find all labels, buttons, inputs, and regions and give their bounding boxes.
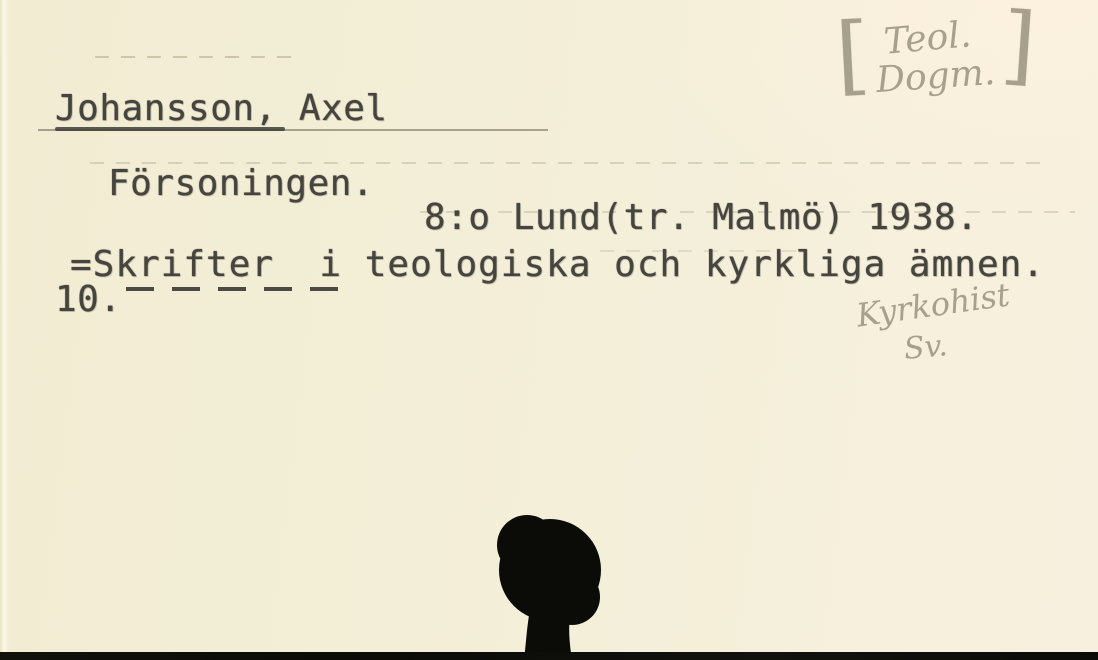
series-statement: =Skrifter i teologiska och kyrkliga ämne… — [70, 246, 1045, 284]
classification-open-bracket: [ — [834, 11, 872, 99]
series-number: 10. — [55, 281, 122, 319]
series-dashed-underline — [126, 287, 342, 291]
pencil-note-line2: Sv. — [903, 328, 949, 367]
imprint-line: 8:o Lund(tr. Malmö) 1938. — [424, 199, 978, 237]
author-heading: Johansson, Axel — [55, 90, 388, 128]
scan-bottom-edge — [0, 652, 1098, 660]
heading-underline-typed — [55, 127, 285, 131]
catalog-card: [ Teol. Dogm. ] Johansson, Axel Försonin… — [0, 0, 1098, 660]
classification-subdivision: Dogm. — [875, 52, 997, 101]
punch-hole-icon — [0, 505, 1098, 660]
title-line: Försoningen. — [108, 165, 374, 203]
ruled-line — [95, 56, 295, 58]
classification-close-bracket: ] — [999, 1, 1038, 89]
